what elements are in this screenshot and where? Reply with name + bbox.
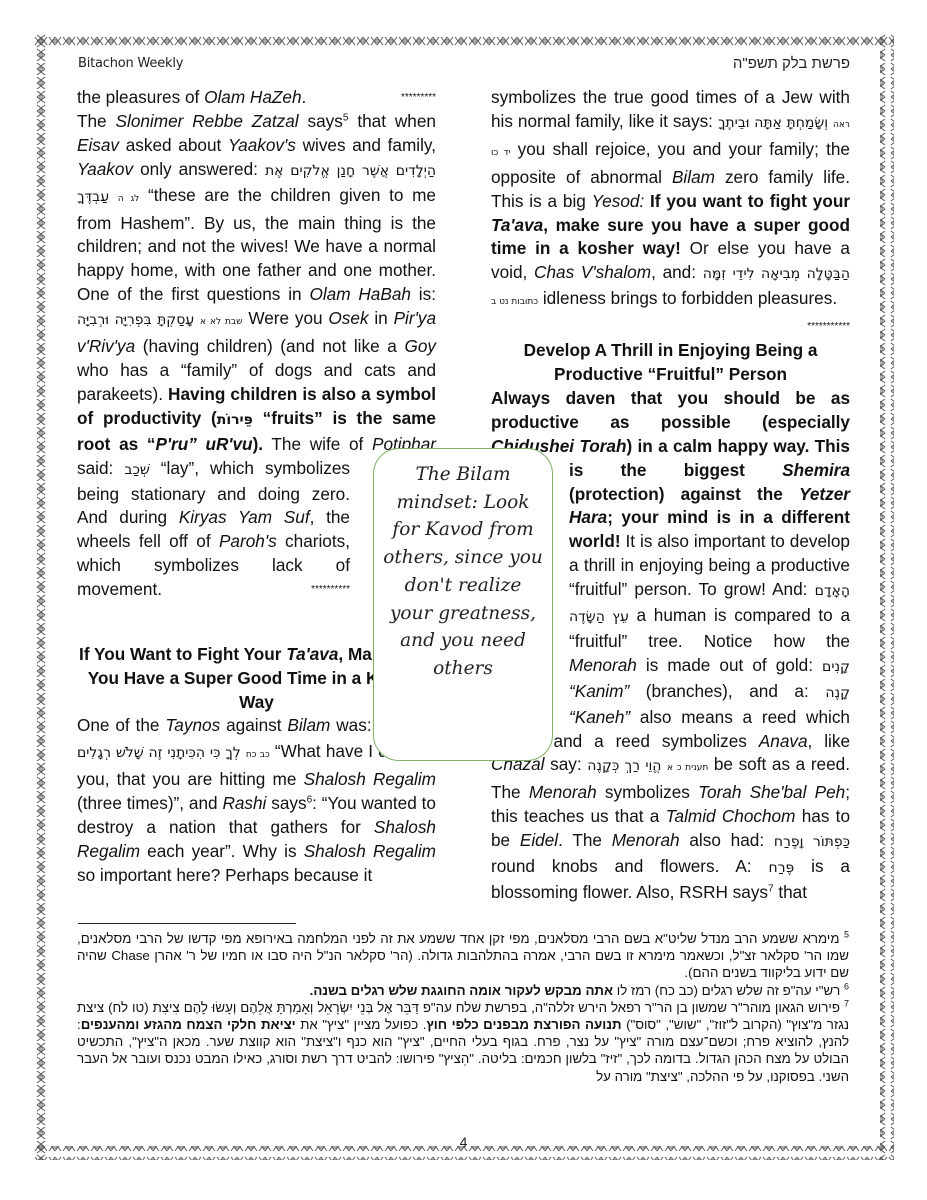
footnote-number: 5 <box>844 930 849 940</box>
text-run: in <box>369 308 394 328</box>
text-run: , and: <box>651 262 703 282</box>
pull-quote-box: The Bilam mindset: Look for Kavod from o… <box>373 448 553 761</box>
source-citation: לג ה <box>118 194 139 204</box>
text-run: Slonimer Rebbe Zatzal <box>116 111 299 131</box>
text-run: Shalosh Regalim <box>304 769 436 789</box>
text-run: says <box>299 111 343 131</box>
section-heading: Develop A Thrill in Enjoying Being a Pro… <box>491 339 850 387</box>
hebrew-quote: וְשָׂמַחְתָּ אַתָּה וּבֵיתֶךָ <box>718 115 828 131</box>
text-run: against <box>220 715 287 735</box>
text-run: Always daven that you should be as produ… <box>491 388 850 432</box>
section-separator: ********** <box>311 578 350 602</box>
text-run: say: <box>545 754 588 774</box>
text-run: Rashi <box>222 793 266 813</box>
text-run: Olam HaBah <box>309 284 410 304</box>
footnote-divider <box>78 923 296 924</box>
text-run: ). <box>253 434 264 454</box>
text-run: Eidel <box>520 830 558 850</box>
text-run: Menorah <box>612 830 680 850</box>
text-run: כַּפְתּוֹר וָפֶרַח <box>774 834 850 850</box>
footnote-number: 7 <box>844 998 849 1008</box>
source-citation: שבת לא א <box>200 317 242 327</box>
text-run: P'ru” uR'vu <box>155 434 252 454</box>
text-run: Torah She'bal Peh <box>698 782 845 802</box>
text-run: Paroh's <box>219 531 277 551</box>
text-run: Shemira <box>782 460 850 480</box>
text-run: wives and family, <box>296 135 436 155</box>
text-run: Shalosh Regalim <box>304 841 436 861</box>
paragraph: symbolizes the true good times of a Jew … <box>491 86 850 315</box>
text-run: Ta'ava <box>491 215 543 235</box>
text-run: (protection) against the <box>569 484 799 504</box>
text-run: Yesod: <box>592 191 645 211</box>
section-separator: ********* <box>401 86 436 110</box>
text-run: that when <box>348 111 436 131</box>
text-run: (having children) (and not like a <box>135 336 404 356</box>
hebrew-quote: הַבַּטָּלָה מְבִיאָה לִידֵי זִמָּה <box>703 266 850 282</box>
text-run: was: <box>330 715 377 735</box>
hebrew-quote: עָסַקְתָּ בִּפְרִיָּה וּרְבִיָּה <box>77 312 194 328</box>
text-run: said: <box>77 458 124 478</box>
text-run: that <box>774 882 807 902</box>
text-run: is made out of gold: <box>637 655 822 675</box>
text-run: One of the <box>77 715 165 735</box>
page-number: 4 <box>0 1134 927 1150</box>
text-run: also had: <box>680 830 774 850</box>
text-run: . <box>302 87 307 107</box>
section-separator: *********** <box>807 315 850 339</box>
source-citation: כתובות נט ב <box>491 297 538 307</box>
footnote-number: 6 <box>844 981 849 991</box>
paragraph: the pleasures of Olam HaZeh. ********* <box>77 86 436 110</box>
text-run: Were you <box>243 308 329 328</box>
text-run: . The <box>558 830 612 850</box>
text-run: Goy <box>404 336 436 356</box>
text-run: only answered: <box>133 159 265 179</box>
text-run: Talmid Chochom <box>666 806 796 826</box>
text-run: If you want to fight your <box>644 191 850 211</box>
text-run: Anava <box>759 731 808 751</box>
text-run: הֱוֵי רַךְ כְּקָנֶה <box>587 758 661 774</box>
text-run: (branches), and a: <box>629 681 825 701</box>
text-run: Taynos <box>165 715 220 735</box>
text-run: Ta'ava <box>286 644 338 664</box>
text-run: is: <box>411 284 436 304</box>
text-run: (three times)”, and <box>77 793 222 813</box>
footnote-7: 7 פירוש הגאון מוהר"ר שמשון בן הר"ר רפאל … <box>77 999 849 1085</box>
text-run: קָנֶה <box>825 685 850 701</box>
publication-title: Bitachon Weekly <box>78 56 183 71</box>
text-run: symbolizes <box>597 782 698 802</box>
text-run: פֵּירוֹת <box>217 412 253 428</box>
footnotes: 5 מימרא ששמע הרב מנדל שליט"א בשם הרבי מס… <box>77 930 849 1085</box>
text-run: asked about <box>119 135 228 155</box>
footnote-5: 5 מימרא ששמע הרב מנדל שליט"א בשם הרבי מס… <box>77 930 849 982</box>
text-run: Olam HaZeh <box>204 87 301 107</box>
source-citation: כב כח <box>246 750 270 760</box>
text-run: Osek <box>328 308 368 328</box>
text-run: שְׁכַב <box>124 462 149 478</box>
text-run: The <box>77 111 116 131</box>
text-run: Yaakov's <box>228 135 296 155</box>
text-run: says <box>266 793 306 813</box>
text-run: idleness brings to forbidden pleasures. <box>538 288 837 308</box>
source-citation: תענית כ א <box>667 763 708 773</box>
text-run: , like <box>808 731 850 751</box>
text-run: the pleasures of <box>77 87 204 107</box>
text-run: Bilam <box>672 167 715 187</box>
text-run: each year”. Why is <box>140 841 304 861</box>
text-run: so important here? Perhaps because it <box>77 865 372 885</box>
text-run: Menorah <box>569 655 637 675</box>
text-run: Bilam <box>287 715 330 735</box>
text-run: Yaakov <box>77 159 133 179</box>
text-run: Chas V'shalom <box>534 262 651 282</box>
text-run: קָנִים <box>822 659 850 675</box>
pull-quote-text: The Bilam mindset: Look for Kavod from o… <box>383 464 543 679</box>
text-run: Eisav <box>77 135 119 155</box>
parsha-title: פרשת בלק תשפ"ה <box>733 55 850 72</box>
text-run: “Kanim” <box>569 681 629 701</box>
text-run: The wife of <box>263 434 372 454</box>
text-run: “Kaneh” <box>569 707 630 727</box>
text-run: Kiryas Yam Suf <box>179 507 310 527</box>
text-run: round knobs and flowers. A: <box>491 856 768 876</box>
text-run: Menorah <box>529 782 597 802</box>
text-run: If You Want to Fight Your <box>79 644 286 664</box>
footnote-6: 6 רש"י עה"פ זה שלש רגלים (כב כח) רמז לו … <box>77 982 849 999</box>
text-run: פֶּרַח <box>768 860 794 876</box>
